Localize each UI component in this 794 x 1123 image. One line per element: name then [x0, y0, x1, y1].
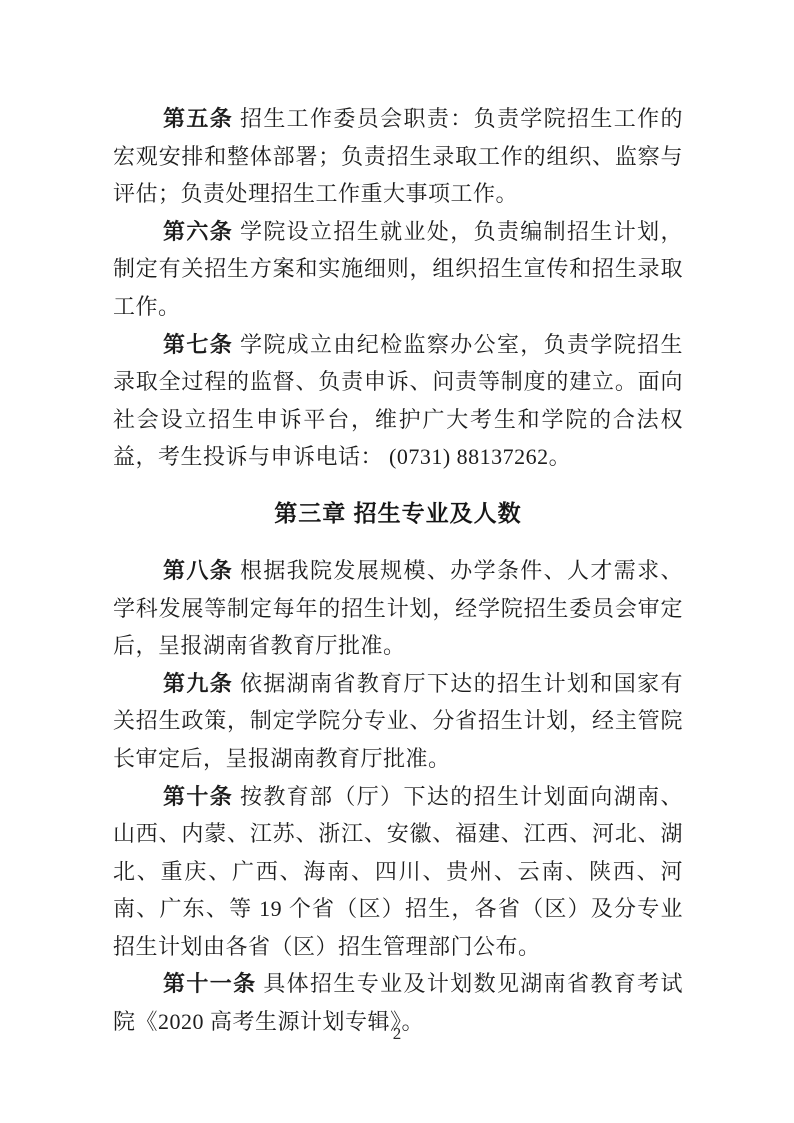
article-10-text: 按教育部（厅）下达的招生计划面向湖南、山西、内蒙、江苏、浙江、安徽、福建、江西、…: [113, 784, 683, 959]
article-5-number: 第五条: [163, 106, 233, 131]
article-5-paragraph: 第五条 招生工作委员会职责：负责学院招生工作的宏观安排和整体部署；负责招生录取工…: [113, 100, 683, 213]
document-body: 第五条 招生工作委员会职责：负责学院招生工作的宏观安排和整体部署；负责招生录取工…: [113, 100, 683, 1041]
article-10-paragraph: 第十条 按教育部（厅）下达的招生计划面向湖南、山西、内蒙、江苏、浙江、安徽、福建…: [113, 778, 683, 966]
article-8-number: 第八条: [163, 558, 233, 583]
article-6-number: 第六条: [163, 219, 233, 244]
chapter-heading: 第三章 招生专业及人数: [113, 495, 683, 531]
article-9-number: 第九条: [163, 671, 233, 696]
page-number: 2: [0, 1024, 794, 1044]
article-7-paragraph: 第七条 学院成立由纪检监察办公室，负责学院招生录取全过程的监督、负责申诉、问责等…: [113, 326, 683, 476]
article-11-number: 第十一条: [163, 971, 256, 996]
document-page: 第五条 招生工作委员会职责：负责学院招生工作的宏观安排和整体部署；负责招生录取工…: [0, 0, 794, 1123]
article-6-paragraph: 第六条 学院设立招生就业处，负责编制招生计划，制定有关招生方案和实施细则，组织招…: [113, 213, 683, 326]
article-8-paragraph: 第八条 根据我院发展规模、办学条件、人才需求、学科发展等制定每年的招生计划，经学…: [113, 552, 683, 665]
article-9-paragraph: 第九条 依据湖南省教育厅下达的招生计划和国家有关招生政策，制定学院分专业、分省招…: [113, 665, 683, 778]
article-10-number: 第十条: [163, 784, 233, 809]
article-7-number: 第七条: [163, 332, 233, 357]
